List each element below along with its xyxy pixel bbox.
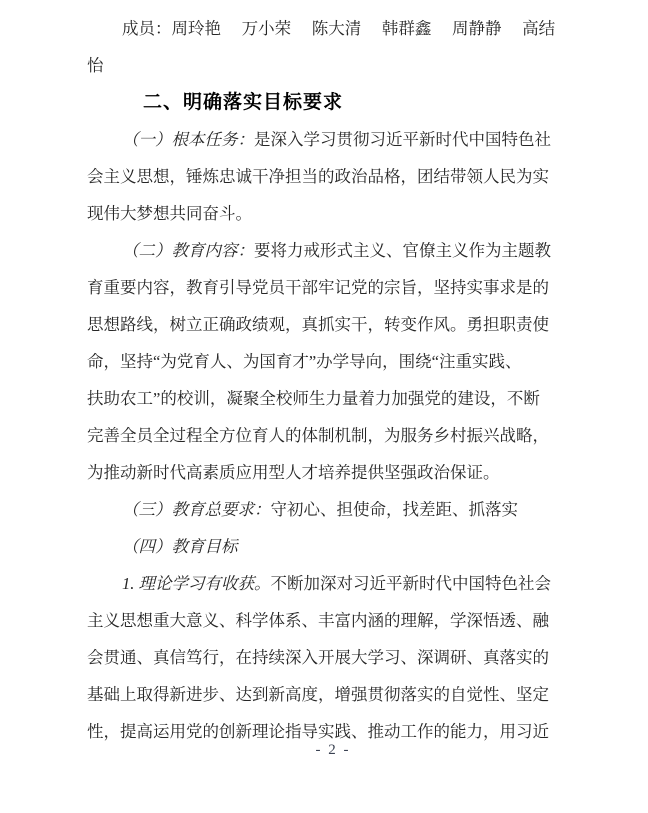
body-text: 是深入学习贯彻习近平新时代中国特色社 xyxy=(254,130,551,149)
body-text: 基础上取得新进步、达到新高度，增强贯彻落实的自觉性、坚定 xyxy=(87,685,549,704)
text-line: （三）教育总要求：守初心、担使命，找差距、抓落实 xyxy=(87,491,565,528)
body-text: 不断加深对习近平新时代中国特色社会 xyxy=(271,574,552,593)
body-text: 命，坚持“为党育人、为国育才”办学导向，围绕“注重实践、 xyxy=(87,352,521,371)
text-line: 完善全员全过程全方位育人的体制机制，为服务乡村振兴战略， xyxy=(87,417,565,454)
body-text: 完善全员全过程全方位育人的体制机制，为服务乡村振兴战略， xyxy=(87,426,549,445)
text-line: 为推动新时代高素质应用型人才培养提供坚强政治保证。 xyxy=(87,454,565,491)
text-line: 现伟大梦想共同奋斗。 xyxy=(87,195,565,232)
text-line: 命，坚持“为党育人、为国育才”办学导向，围绕“注重实践、 xyxy=(87,343,565,380)
text-line: 会主义思想，锤炼忠诚干净担当的政治品格，团结带领人民为实 xyxy=(87,158,565,195)
lead-in-text: （一）根本任务： xyxy=(122,130,254,149)
text-line: 扶助农工”的校训，凝聚全校师生力量着力加强党的建设，不断 xyxy=(87,380,565,417)
section-heading: 二、明确落实目标要求 xyxy=(87,84,565,121)
text-line: （一）根本任务：是深入学习贯彻习近平新时代中国特色社 xyxy=(87,121,565,158)
text-line: 基础上取得新进步、达到新高度，增强贯彻落实的自觉性、坚定 xyxy=(87,676,565,713)
body-text: 会贯通、真信笃行，在持续深入开展大学习、深调研、真落实的 xyxy=(87,648,549,667)
text-line: （二）教育内容：要将力戒形式主义、官僚主义作为主题教 xyxy=(87,232,565,269)
text-line: 1. 理论学习有收获。不断加深对习近平新时代中国特色社会 xyxy=(87,565,565,602)
text-line: 主义思想重大意义、科学体系、丰富内涵的理解，学深悟透、融 xyxy=(87,602,565,639)
document-body: 成员：周玲艳 万小荣 陈大清 韩群鑫 周静静 高结怡二、明确落实目标要求（一）根… xyxy=(87,10,565,750)
text-line: 会贯通、真信笃行，在持续深入开展大学习、深调研、真落实的 xyxy=(87,639,565,676)
page-number: - 2 - xyxy=(316,742,351,758)
body-text: 为推动新时代高素质应用型人才培养提供坚强政治保证。 xyxy=(87,463,500,482)
lead-in-text: （三）教育总要求： xyxy=(122,500,271,519)
lead-in-text: （二）教育内容： xyxy=(122,241,254,260)
text-line: 怡 xyxy=(87,47,565,84)
body-text: 二、明确落实目标要求 xyxy=(143,92,343,113)
document-page: 成员：周玲艳 万小荣 陈大清 韩群鑫 周静静 高结怡二、明确落实目标要求（一）根… xyxy=(0,0,648,813)
body-text: 要将力戒形式主义、官僚主义作为主题教 xyxy=(254,241,551,260)
body-text: 成员：周玲艳 万小荣 陈大清 韩群鑫 周静静 高结 xyxy=(122,19,555,38)
text-line: 育重要内容，教育引导党员干部牢记党的宗旨，坚持实事求是的 xyxy=(87,269,565,306)
body-text: 现伟大梦想共同奋斗。 xyxy=(87,204,252,223)
lead-in-text: 1. 理论学习有收获。 xyxy=(122,574,271,593)
body-text: 育重要内容，教育引导党员干部牢记党的宗旨，坚持实事求是的 xyxy=(87,278,549,297)
body-text: 守初心、担使命，找差距、抓落实 xyxy=(271,500,519,519)
page-footer: - 2 - xyxy=(0,740,648,760)
body-text: 会主义思想，锤炼忠诚干净担当的政治品格，团结带领人民为实 xyxy=(87,167,549,186)
body-text: 怡 xyxy=(87,56,104,75)
body-text: 扶助农工”的校训，凝聚全校师生力量着力加强党的建设，不断 xyxy=(87,389,540,408)
lead-in-text: （四）教育目标 xyxy=(122,537,238,556)
body-text: 主义思想重大意义、科学体系、丰富内涵的理解，学深悟透、融 xyxy=(87,611,549,630)
text-line: 成员：周玲艳 万小荣 陈大清 韩群鑫 周静静 高结 xyxy=(87,10,565,47)
text-line: （四）教育目标 xyxy=(87,528,565,565)
body-text: 性，提高运用党的创新理论指导实践、推动工作的能力，用习近 xyxy=(87,722,549,741)
text-line: 思想路线，树立正确政绩观，真抓实干，转变作风。勇担职责使 xyxy=(87,306,565,343)
body-text: 思想路线，树立正确政绩观，真抓实干，转变作风。勇担职责使 xyxy=(87,315,549,334)
